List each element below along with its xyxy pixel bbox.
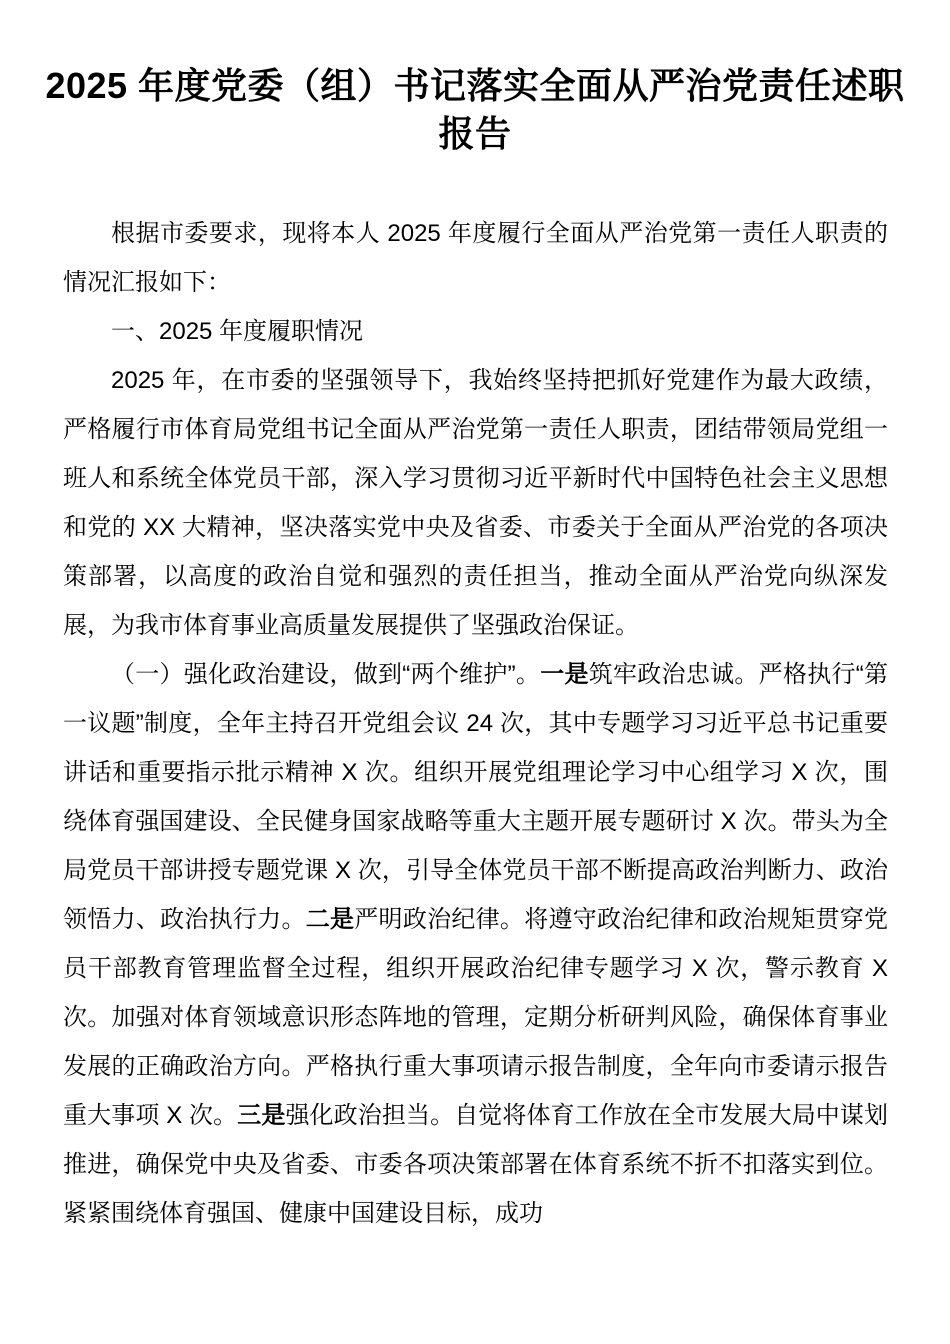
document-page: 2025 年度党委（组）书记落实全面从严治党责任述职报告 根据市委要求，现将本人… — [0, 0, 950, 1344]
text-run: （一）强化政治建设，做到“两个维护”。 — [111, 661, 540, 688]
document-body: 根据市委要求，现将本人 2025 年度履行全面从严治党第一责任人职责的情况汇报如… — [63, 209, 888, 1238]
text-run: 严明政治纪律。将遵守政治纪律和政治规矩贯穿党员干部教育管理监督全过程，组织开展政… — [63, 906, 888, 1129]
text-run: 2025 年，在市委的坚强领导下，我始终坚持把抓好党建作为最大政绩，严格履行市体… — [63, 367, 888, 639]
text-run: 筑牢政治忠诚。严格执行“第一议题”制度，全年主持召开党组会议 24 次，其中专题… — [63, 661, 888, 933]
document-title: 2025 年度党委（组）书记落实全面从严治党责任述职报告 — [28, 62, 922, 157]
paragraph: （一）强化政治建设，做到“两个维护”。一是筑牢政治忠诚。严格执行“第一议题”制度… — [63, 650, 888, 1238]
text-run: 一、2025 年度履职情况 — [111, 318, 363, 345]
paragraph: 2025 年，在市委的坚强领导下，我始终坚持把抓好党建作为最大政绩，严格履行市体… — [63, 356, 888, 650]
bold-text-run: 三是 — [237, 1102, 285, 1129]
paragraph: 根据市委要求，现将本人 2025 年度履行全面从严治党第一责任人职责的情况汇报如… — [63, 209, 888, 307]
bold-text-run: 二是 — [306, 906, 355, 933]
text-run: 根据市委要求，现将本人 2025 年度履行全面从严治党第一责任人职责的情况汇报如… — [63, 220, 888, 296]
paragraph: 一、2025 年度履职情况 — [63, 307, 888, 356]
bold-text-run: 一是 — [540, 661, 589, 688]
